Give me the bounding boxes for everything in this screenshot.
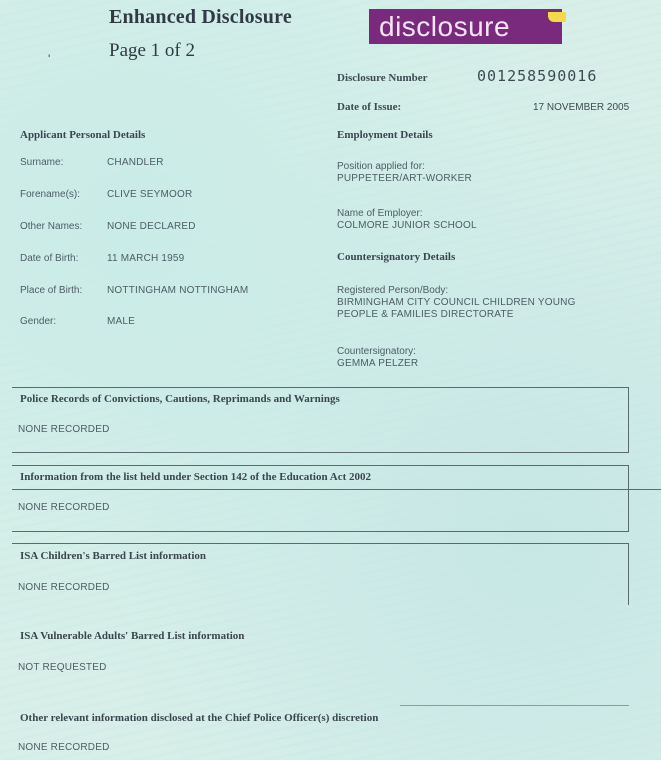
disclosure-number-value: 001258590016 <box>477 67 597 85</box>
surname-label: Surname: <box>20 157 63 168</box>
countersignatory-value: GEMMA PELZER <box>337 358 418 369</box>
registered-body-value-line2: PEOPLE & FAMILIES DIRECTORATE <box>337 309 514 320</box>
disclosure-number-label: Disclosure Number <box>337 72 428 84</box>
countersignatory-heading: Countersignatory Details <box>337 251 455 263</box>
date-of-issue-label: Date of Issue: <box>337 101 401 113</box>
date-of-issue-value: 17 NOVEMBER 2005 <box>533 102 629 113</box>
gender-value: MALE <box>107 316 135 327</box>
surname-value: CHANDLER <box>107 157 164 168</box>
education-act-divider <box>12 489 661 490</box>
other-info-value: NONE RECORDED <box>18 742 110 753</box>
employer-value: COLMORE JUNIOR SCHOOL <box>337 220 477 231</box>
police-records-heading: Police Records of Convictions, Cautions,… <box>20 393 340 405</box>
other-info-divider <box>400 705 629 706</box>
isa-vulnerable-adults-value: NOT REQUESTED <box>18 662 107 673</box>
isa-children-heading: ISA Children's Barred List information <box>20 550 206 562</box>
isa-vulnerable-adults-heading: ISA Vulnerable Adults' Barred List infor… <box>20 630 244 642</box>
education-act-heading: Information from the list held under Sec… <box>20 471 371 483</box>
position-label: Position applied for: <box>337 161 425 172</box>
date-of-birth-label: Date of Birth: <box>20 253 78 264</box>
applicant-details-heading: Applicant Personal Details <box>20 129 145 141</box>
isa-children-value: NONE RECORDED <box>18 582 110 593</box>
stray-mark: ' <box>48 52 50 66</box>
education-act-value: NONE RECORDED <box>18 502 110 513</box>
gender-label: Gender: <box>20 316 56 327</box>
registered-body-value-line1: BIRMINGHAM CITY COUNCIL CHILDREN YOUNG <box>337 297 576 308</box>
other-info-heading: Other relevant information disclosed at … <box>20 712 378 724</box>
registered-body-label: Registered Person/Body: <box>337 285 448 296</box>
document-title: Enhanced Disclosure <box>109 6 292 29</box>
employer-label: Name of Employer: <box>337 208 423 219</box>
date-of-birth-value: 11 MARCH 1959 <box>107 253 184 264</box>
disclosure-logo: disclosure <box>369 9 562 44</box>
employment-details-heading: Employment Details <box>337 129 433 141</box>
forenames-value: CLIVE SEYMOOR <box>107 189 192 200</box>
countersignatory-label: Countersignatory: <box>337 346 416 357</box>
page-indicator: Page 1 of 2 <box>109 40 195 62</box>
logo-accent-icon <box>548 12 566 22</box>
other-names-label: Other Names: <box>20 221 82 232</box>
place-of-birth-value: NOTTINGHAM NOTTINGHAM <box>107 285 248 296</box>
police-records-value: NONE RECORDED <box>18 424 110 435</box>
other-names-value: NONE DECLARED <box>107 221 196 232</box>
position-value: PUPPETEER/ART-WORKER <box>337 173 472 184</box>
forenames-label: Forename(s): <box>20 189 80 200</box>
place-of-birth-label: Place of Birth: <box>20 285 82 296</box>
